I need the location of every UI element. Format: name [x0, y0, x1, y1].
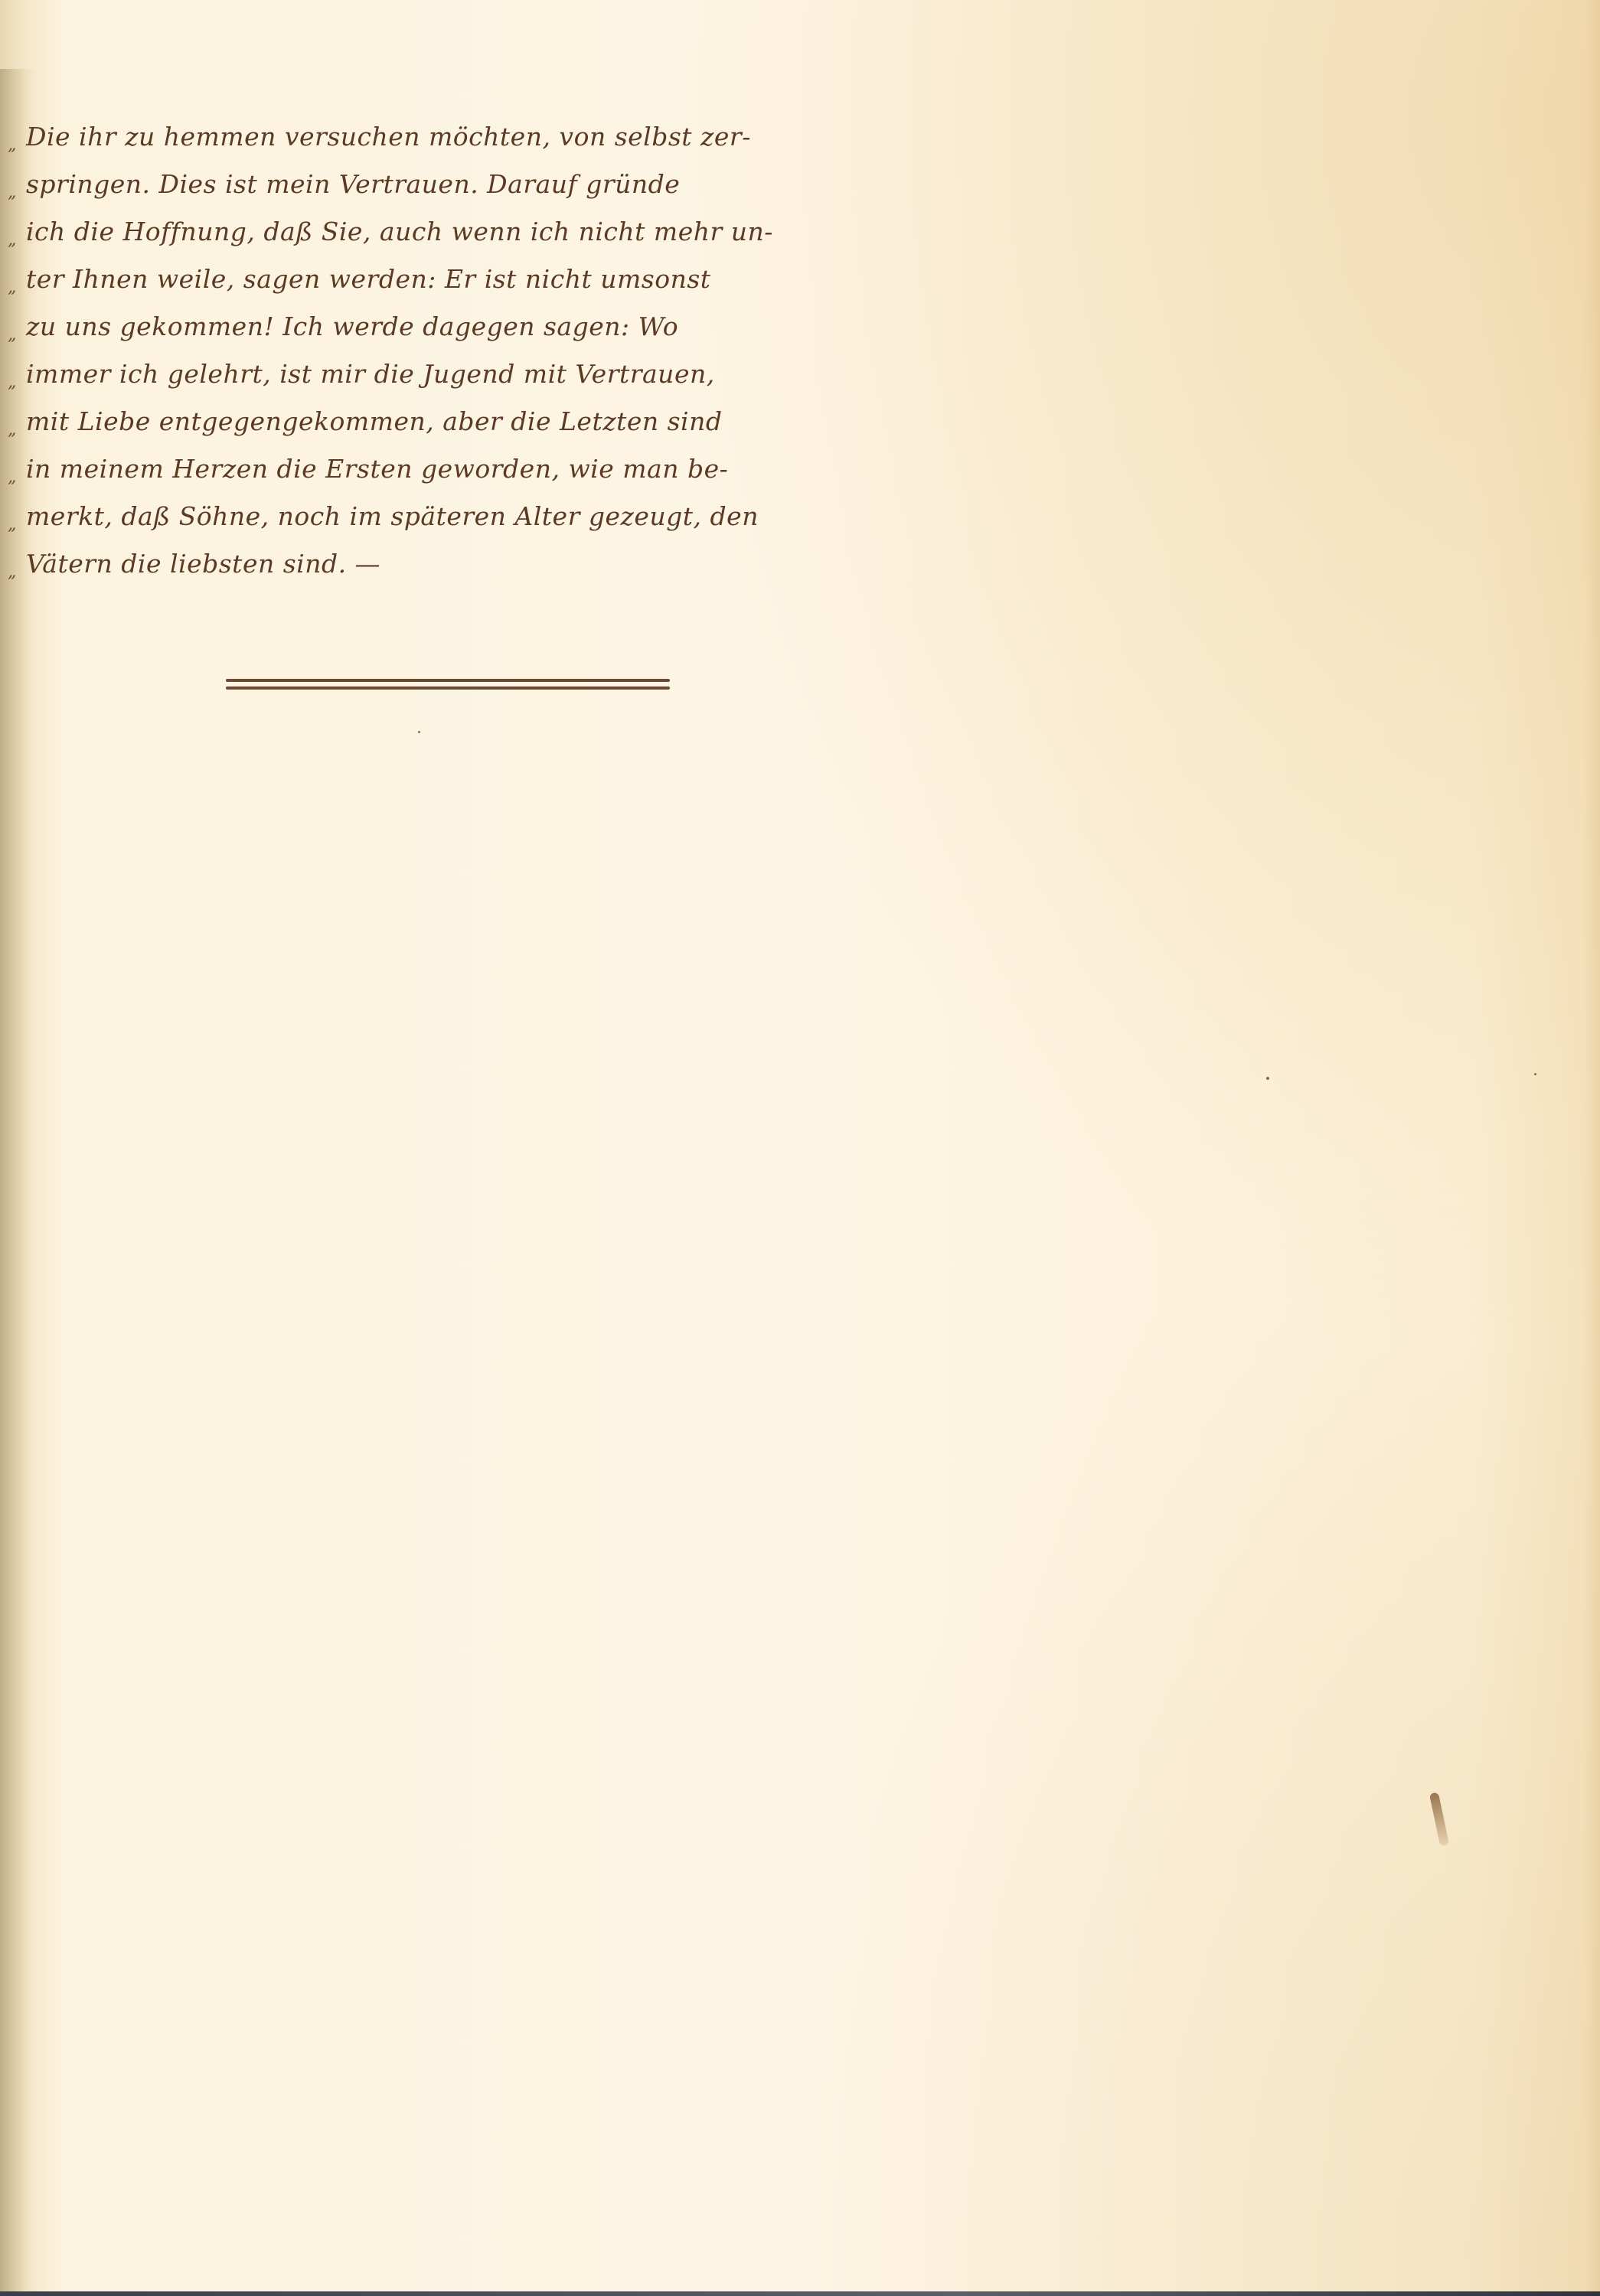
line-text: ich die Hoffnung, daß Sie, auch wenn ich…	[26, 208, 773, 256]
bottom-page-edge	[0, 2291, 1600, 2296]
text-line-4: „ter Ihnen weile, sagen werden: Er ist n…	[8, 256, 850, 303]
text-line-8: „in meinem Herzen die Ersten geworden, w…	[8, 445, 850, 493]
text-line-9: „merkt, daß Söhne, noch im späteren Alte…	[8, 493, 850, 540]
ink-speck	[1534, 1073, 1536, 1075]
right-page-edge	[1583, 0, 1600, 2296]
handwritten-text-block: „Die ihr zu hemmen versuchen möchten, vo…	[8, 113, 850, 588]
text-line-10: „Vätern die liebsten sind. —	[8, 540, 850, 588]
line-text: springen. Dies ist mein Vertrauen. Darau…	[26, 161, 680, 208]
text-line-7: „mit Liebe entgegengekommen, aber die Le…	[8, 398, 850, 445]
paper-stain-mark	[1429, 1792, 1449, 1847]
line-text: immer ich gelehrt, ist mir die Jugend mi…	[26, 351, 715, 398]
line-text: Vätern die liebsten sind. —	[26, 540, 380, 588]
separator-rule-top	[226, 679, 670, 682]
line-text: ter Ihnen weile, sagen werden: Er ist ni…	[26, 256, 711, 303]
text-line-5: „zu uns gekommen! Ich werde dagegen sage…	[8, 303, 850, 351]
text-line-6: „immer ich gelehrt, ist mir die Jugend m…	[8, 351, 850, 398]
line-text: in meinem Herzen die Ersten geworden, wi…	[26, 445, 728, 493]
separator-rule-bottom	[226, 687, 670, 690]
quotation-mark: „	[8, 549, 26, 596]
line-text: mit Liebe entgegengekommen, aber die Let…	[26, 398, 723, 445]
text-line-1: „Die ihr zu hemmen versuchen möchten, vo…	[8, 113, 850, 161]
ink-speck	[1266, 1077, 1269, 1080]
line-text: merkt, daß Söhne, noch im späteren Alter…	[26, 493, 759, 540]
text-line-3: „ich die Hoffnung, daß Sie, auch wenn ic…	[8, 208, 850, 256]
line-text: zu uns gekommen! Ich werde dagegen sagen…	[26, 303, 678, 351]
text-line-2: „springen. Dies ist mein Vertrauen. Dara…	[8, 161, 850, 208]
line-text: Die ihr zu hemmen versuchen möchten, von…	[26, 113, 751, 161]
manuscript-page: „Die ihr zu hemmen versuchen möchten, vo…	[0, 0, 1600, 2296]
ink-speck	[418, 731, 420, 733]
